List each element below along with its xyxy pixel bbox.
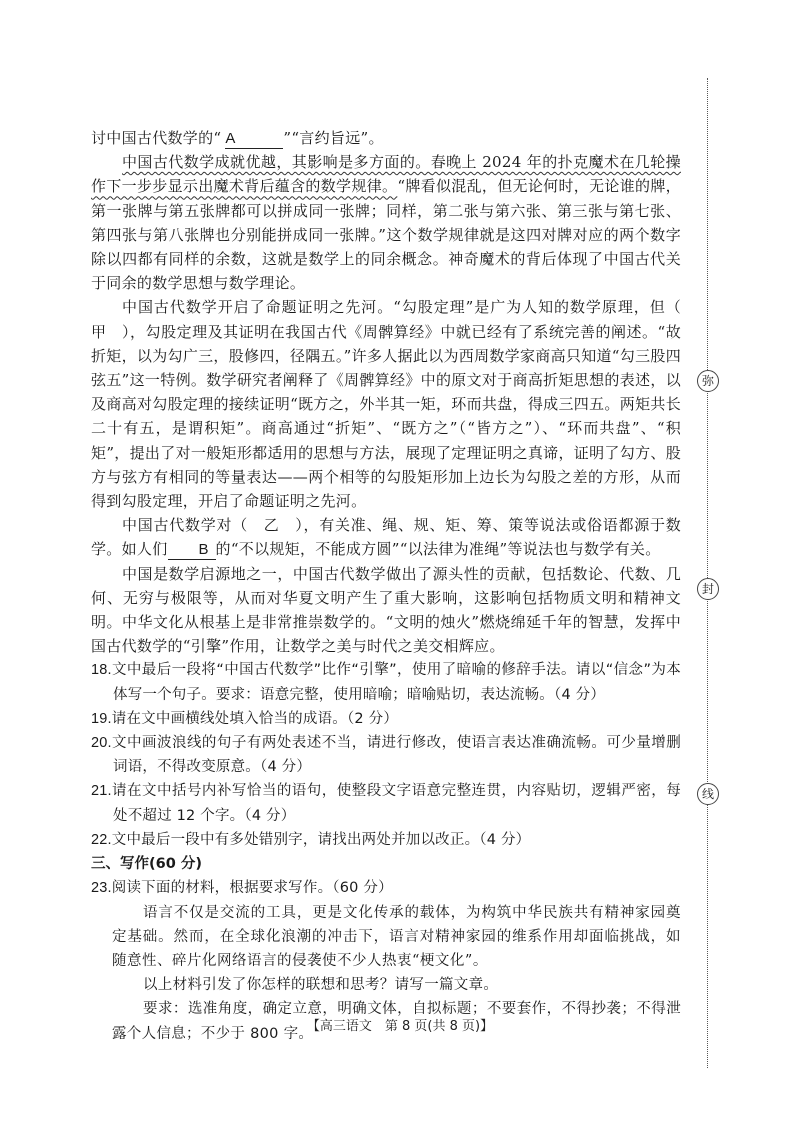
question-21: 21.请在文中括号内补写恰当的语句，使整段文字语意完整连贯，内容贴切，逻辑严密，…	[91, 779, 681, 827]
question-18: 18.文中最后一段将“中国古代数学”比作“引擎”，使用了暗喻的修辞手法。请以“信…	[91, 658, 681, 706]
question-22: 22.文中最后一段中有多处错别字，请找出两处并加以改正。（4 分）	[91, 828, 681, 852]
binding-dotted-line	[707, 78, 708, 1068]
seal-mark-feng: 封	[697, 578, 719, 600]
question-number: 18.	[91, 662, 112, 678]
exam-page: 弥 封 线 讨中国古代数学的“A”“言约旨远”。 中国古代数学成就优越，其影响是…	[0, 0, 800, 1131]
blank-b: B	[168, 541, 216, 560]
question-number: 23.	[91, 880, 112, 896]
blank-a: A	[225, 130, 283, 149]
section-title-writing: 三、写作(60 分)	[91, 852, 681, 876]
writing-material: 语言不仅是交流的工具，更是文化传承的载体，为构筑中华民族共有精神家园奠定基础。然…	[91, 901, 681, 974]
question-number: 19.	[91, 711, 112, 727]
question-text: 文中最后一段中有多处错别字，请找出两处并加以改正。（4 分）	[112, 832, 531, 848]
question-number: 21.	[91, 783, 112, 799]
question-text: 请在文中括号内补写恰当的语句，使整段文字语意完整连贯，内容贴切，逻辑严密，每处不…	[112, 783, 681, 823]
question-20: 20.文中画波浪线的句子有两处表述不当，请进行修改，使语言表达准确流畅。可少量增…	[91, 731, 681, 779]
passage-text: 讨中国古代数学的“	[91, 129, 221, 147]
passage-paragraph-3: 中国古代数学对（ 乙 ），有关准、绳、规、矩、筹、策等说法或俗语都源于数学。如人…	[91, 513, 681, 561]
question-23: 23.阅读下面的材料，根据要求写作。（60 分）	[91, 876, 681, 900]
seal-mark-mi: 弥	[697, 370, 719, 392]
passage-text: ”“言约旨远”。	[283, 129, 383, 147]
passage-line-continued: 讨中国古代数学的“A”“言约旨远”。	[91, 126, 681, 150]
question-19: 19.请在文中画横线处填入恰当的成语。（2 分）	[91, 707, 681, 731]
writing-prompt: 以上材料引发了你怎样的联想和思考？请写一篇文章。	[91, 973, 681, 997]
question-text: 阅读下面的材料，根据要求写作。（60 分）	[112, 880, 393, 896]
seal-mark-xian: 线	[697, 783, 719, 805]
page-footer: 【高三语文 第 8 页(共 8 页)】	[0, 1015, 800, 1034]
passage-text: 的“不以规矩，不能成方圆”“以法律为准绳”等说法也与数学有关。	[216, 540, 661, 558]
wavy-underlined-sentence-1: 中国古代数学成就优越，其影响是多方面的。	[122, 153, 431, 171]
question-text: 文中画波浪线的句子有两处表述不当，请进行修改，使语言表达准确流畅。可少量增删词语…	[112, 735, 681, 775]
exam-content: 讨中国古代数学的“A”“言约旨远”。 中国古代数学成就优越，其影响是多方面的。春…	[91, 126, 681, 1046]
question-text: 请在文中画横线处填入恰当的成语。（2 分）	[112, 711, 398, 727]
passage-paragraph-1: 中国古代数学成就优越，其影响是多方面的。春晚上 2024 年的扑克魔术在几轮操作…	[91, 150, 681, 295]
passage-paragraph-2: 中国古代数学开启了命题证明之先河。“勾股定理”是广为人知的数学原理，但（ 甲 ）…	[91, 295, 681, 513]
passage-paragraph-4: 中国是数学启源地之一，中国古代数学做出了源头性的贡献，包括数论、代数、几何、无穷…	[91, 562, 681, 659]
question-number: 20.	[91, 735, 112, 751]
question-number: 22.	[91, 832, 112, 848]
question-text: 文中最后一段将“中国古代数学”比作“引擎”，使用了暗喻的修辞手法。请以“信念”为…	[112, 662, 681, 702]
